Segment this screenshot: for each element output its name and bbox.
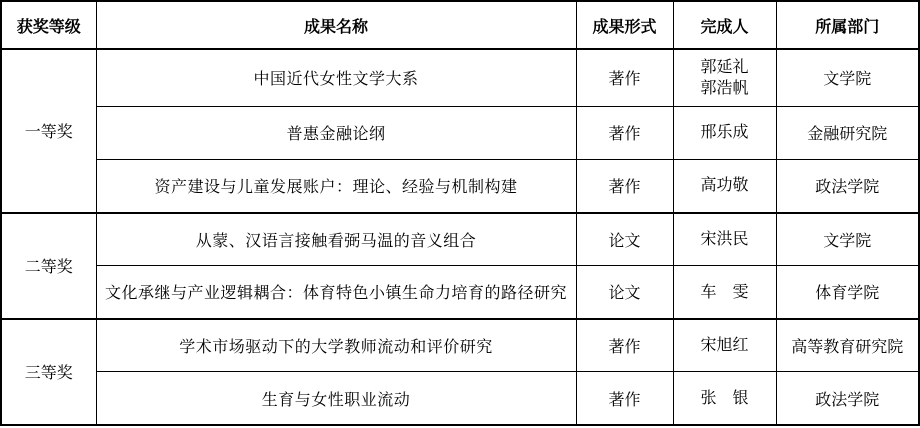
awards-table-container: 获奖等级 成果名称 成果形式 完成人 所属部门 一等奖 中国近代女性文学大系 著…	[0, 0, 920, 428]
col-header-award-level: 获奖等级	[1, 1, 96, 49]
table-row: 文化承继与产业逻辑耦合：体育特色小镇生命力培育的路径研究 论文 车 雯 体育学院	[1, 266, 919, 319]
achievement-form-cell: 著作	[576, 106, 673, 159]
awards-table: 获奖等级 成果名称 成果形式 完成人 所属部门 一等奖 中国近代女性文学大系 著…	[0, 0, 920, 426]
col-header-department: 所属部门	[776, 1, 919, 49]
achievement-name-cell: 从蒙、汉语言接触看弼马温的音义组合	[96, 213, 576, 266]
department-cell: 高等教育研究院	[776, 319, 919, 372]
award-level-cell: 一等奖	[1, 49, 96, 213]
header-row: 获奖等级 成果名称 成果形式 完成人 所属部门	[1, 1, 919, 49]
achievement-name-cell: 普惠金融论纲	[96, 106, 576, 159]
achievement-name-cell: 中国近代女性文学大系	[96, 49, 576, 106]
completer-cell: 高功敬	[673, 159, 776, 212]
col-header-achievement-form: 成果形式	[576, 1, 673, 49]
department-cell: 政法学院	[776, 372, 919, 425]
table-row: 生育与女性职业流动 著作 张 银 政法学院	[1, 372, 919, 425]
award-level-cell: 二等奖	[1, 213, 96, 319]
completer-cell: 宋洪民	[673, 213, 776, 266]
department-cell: 政法学院	[776, 159, 919, 212]
table-row: 一等奖 中国近代女性文学大系 著作 郭延礼 郭浩帆 文学院	[1, 49, 919, 106]
achievement-name-cell: 文化承继与产业逻辑耦合：体育特色小镇生命力培育的路径研究	[96, 266, 576, 319]
achievement-form-cell: 著作	[576, 372, 673, 425]
table-row: 普惠金融论纲 著作 邢乐成 金融研究院	[1, 106, 919, 159]
department-cell: 文学院	[776, 49, 919, 106]
completer-cell: 邢乐成	[673, 106, 776, 159]
award-level-cell: 三等奖	[1, 319, 96, 425]
table-row: 三等奖 学术市场驱动下的大学教师流动和评价研究 著作 宋旭红 高等教育研究院	[1, 319, 919, 372]
department-cell: 金融研究院	[776, 106, 919, 159]
achievement-form-cell: 著作	[576, 319, 673, 372]
col-header-completer: 完成人	[673, 1, 776, 49]
department-cell: 文学院	[776, 213, 919, 266]
table-row: 二等奖 从蒙、汉语言接触看弼马温的音义组合 论文 宋洪民 文学院	[1, 213, 919, 266]
achievement-name-cell: 生育与女性职业流动	[96, 372, 576, 425]
completer-cell: 郭延礼 郭浩帆	[673, 49, 776, 106]
completer-cell: 张 银	[673, 372, 776, 425]
achievement-name-cell: 资产建设与儿童发展账户：理论、经验与机制构建	[96, 159, 576, 212]
table-row: 资产建设与儿童发展账户：理论、经验与机制构建 著作 高功敬 政法学院	[1, 159, 919, 212]
col-header-achievement-name: 成果名称	[96, 1, 576, 49]
completer-cell: 宋旭红	[673, 319, 776, 372]
achievement-form-cell: 著作	[576, 159, 673, 212]
achievement-form-cell: 著作	[576, 49, 673, 106]
completer-cell: 车 雯	[673, 266, 776, 319]
achievement-form-cell: 论文	[576, 266, 673, 319]
achievement-form-cell: 论文	[576, 213, 673, 266]
achievement-name-cell: 学术市场驱动下的大学教师流动和评价研究	[96, 319, 576, 372]
department-cell: 体育学院	[776, 266, 919, 319]
